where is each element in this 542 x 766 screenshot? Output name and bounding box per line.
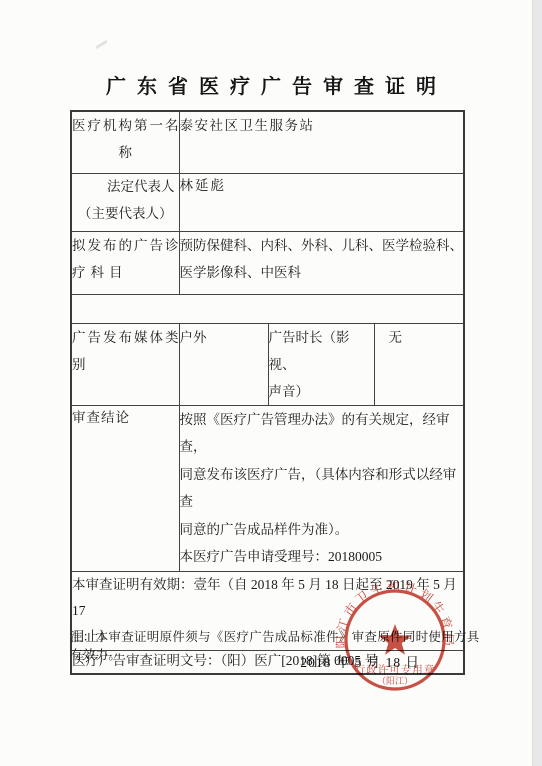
media-label-cell: 广告发布媒体类 别 <box>71 323 179 405</box>
conclusion-line2: 同意发布该医疗广告，（具体内容和形式以经审查 <box>180 461 464 516</box>
row-conclusion: 审查结论 按照《医疗广告管理办法》的有关规定，经审查， 同意发布该医疗广告，（具… <box>71 405 464 571</box>
institution-label-line2: 称 <box>72 139 179 166</box>
institution-label-cell: 医疗机构第一名 称 <box>71 111 179 173</box>
empty-band-cell <box>71 294 464 323</box>
institution-name: 泰安社区卫生服务站 <box>180 118 315 133</box>
departments-list-line2: 医学影像科、中医科 <box>180 259 464 286</box>
representative-label-cell: 法定代表人 （主要代表人） <box>71 173 179 231</box>
duration-label-line1: 广告时长（影视、 <box>269 324 374 378</box>
institution-label-line1: 医疗机构第一名 <box>72 112 179 139</box>
issue-date: 2018 年 5 月 18 日 <box>300 651 420 671</box>
row-departments: 拟发布的广告诊 疗科目 预防保健科、内科、外科、儿科、医学检验科、 医学影像科、… <box>71 231 464 294</box>
departments-label-line2: 疗科目 <box>72 259 179 286</box>
duration-label-line2: 声音） <box>269 378 374 405</box>
row-institution: 医疗机构第一名 称 泰安社区卫生服务站 <box>71 111 464 173</box>
representative-label-line2: （主要代表人） <box>72 200 179 227</box>
conclusion-value-cell: 按照《医疗广告管理办法》的有关规定，经审查， 同意发布该医疗广告，（具体内容和形… <box>179 405 464 571</box>
scan-edge-shadow <box>532 0 542 766</box>
conclusion-line4: 本医疗广告申请受理号：20180005 <box>180 543 464 571</box>
representative-value-cell: 林延彪 <box>179 173 464 231</box>
conclusion-label: 审查结论 <box>72 410 130 425</box>
media-label-line2: 别 <box>72 351 179 378</box>
media-type-value: 户外 <box>180 330 207 345</box>
row-media: 广告发布媒体类 别 户外 广告时长（影视、 声音） 无 <box>71 323 464 405</box>
representative-name: 林延彪 <box>180 178 227 193</box>
duration-value-cell: 无 <box>374 323 464 405</box>
departments-label-cell: 拟发布的广告诊 疗科目 <box>71 231 179 294</box>
conclusion-line1: 按照《医疗广告管理办法》的有关规定，经审查， <box>180 406 464 461</box>
departments-value-cell: 预防保健科、内科、外科、儿科、医学检验科、 医学影像科、中医科 <box>179 231 464 294</box>
row-representative: 法定代表人 （主要代表人） 林延彪 <box>71 173 464 231</box>
official-seal-stamp: 阳江市卫生和计划生育局 行政许可专用章 （阳江） <box>328 574 462 708</box>
duration-label-cell: 广告时长（影视、 声音） <box>268 323 374 405</box>
institution-value-cell: 泰安社区卫生服务站 <box>179 111 464 173</box>
media-value-cell: 户外 <box>179 323 268 405</box>
duration-value: 无 <box>389 330 403 345</box>
certificate-page: 广东省医疗广告审查证明 医疗机构第一名 称 泰安社区卫生服务站 法定代表人 （主… <box>0 0 542 766</box>
representative-label-line1: 法定代表人 <box>72 174 179 200</box>
scan-speck <box>95 40 108 49</box>
departments-list-line1: 预防保健科、内科、外科、儿科、医学检验科、 <box>180 232 464 259</box>
page-title: 广东省医疗广告审查证明 <box>0 70 542 99</box>
conclusion-label-cell: 审查结论 <box>71 405 179 571</box>
conclusion-line3: 同意的广告成品样件为准）。 <box>180 516 464 544</box>
media-label-line1: 广告发布媒体类 <box>72 324 179 351</box>
seal-sub-text: （阳江） <box>377 676 413 686</box>
departments-label-line1: 拟发布的广告诊 <box>72 232 179 259</box>
row-empty-band <box>71 294 464 323</box>
